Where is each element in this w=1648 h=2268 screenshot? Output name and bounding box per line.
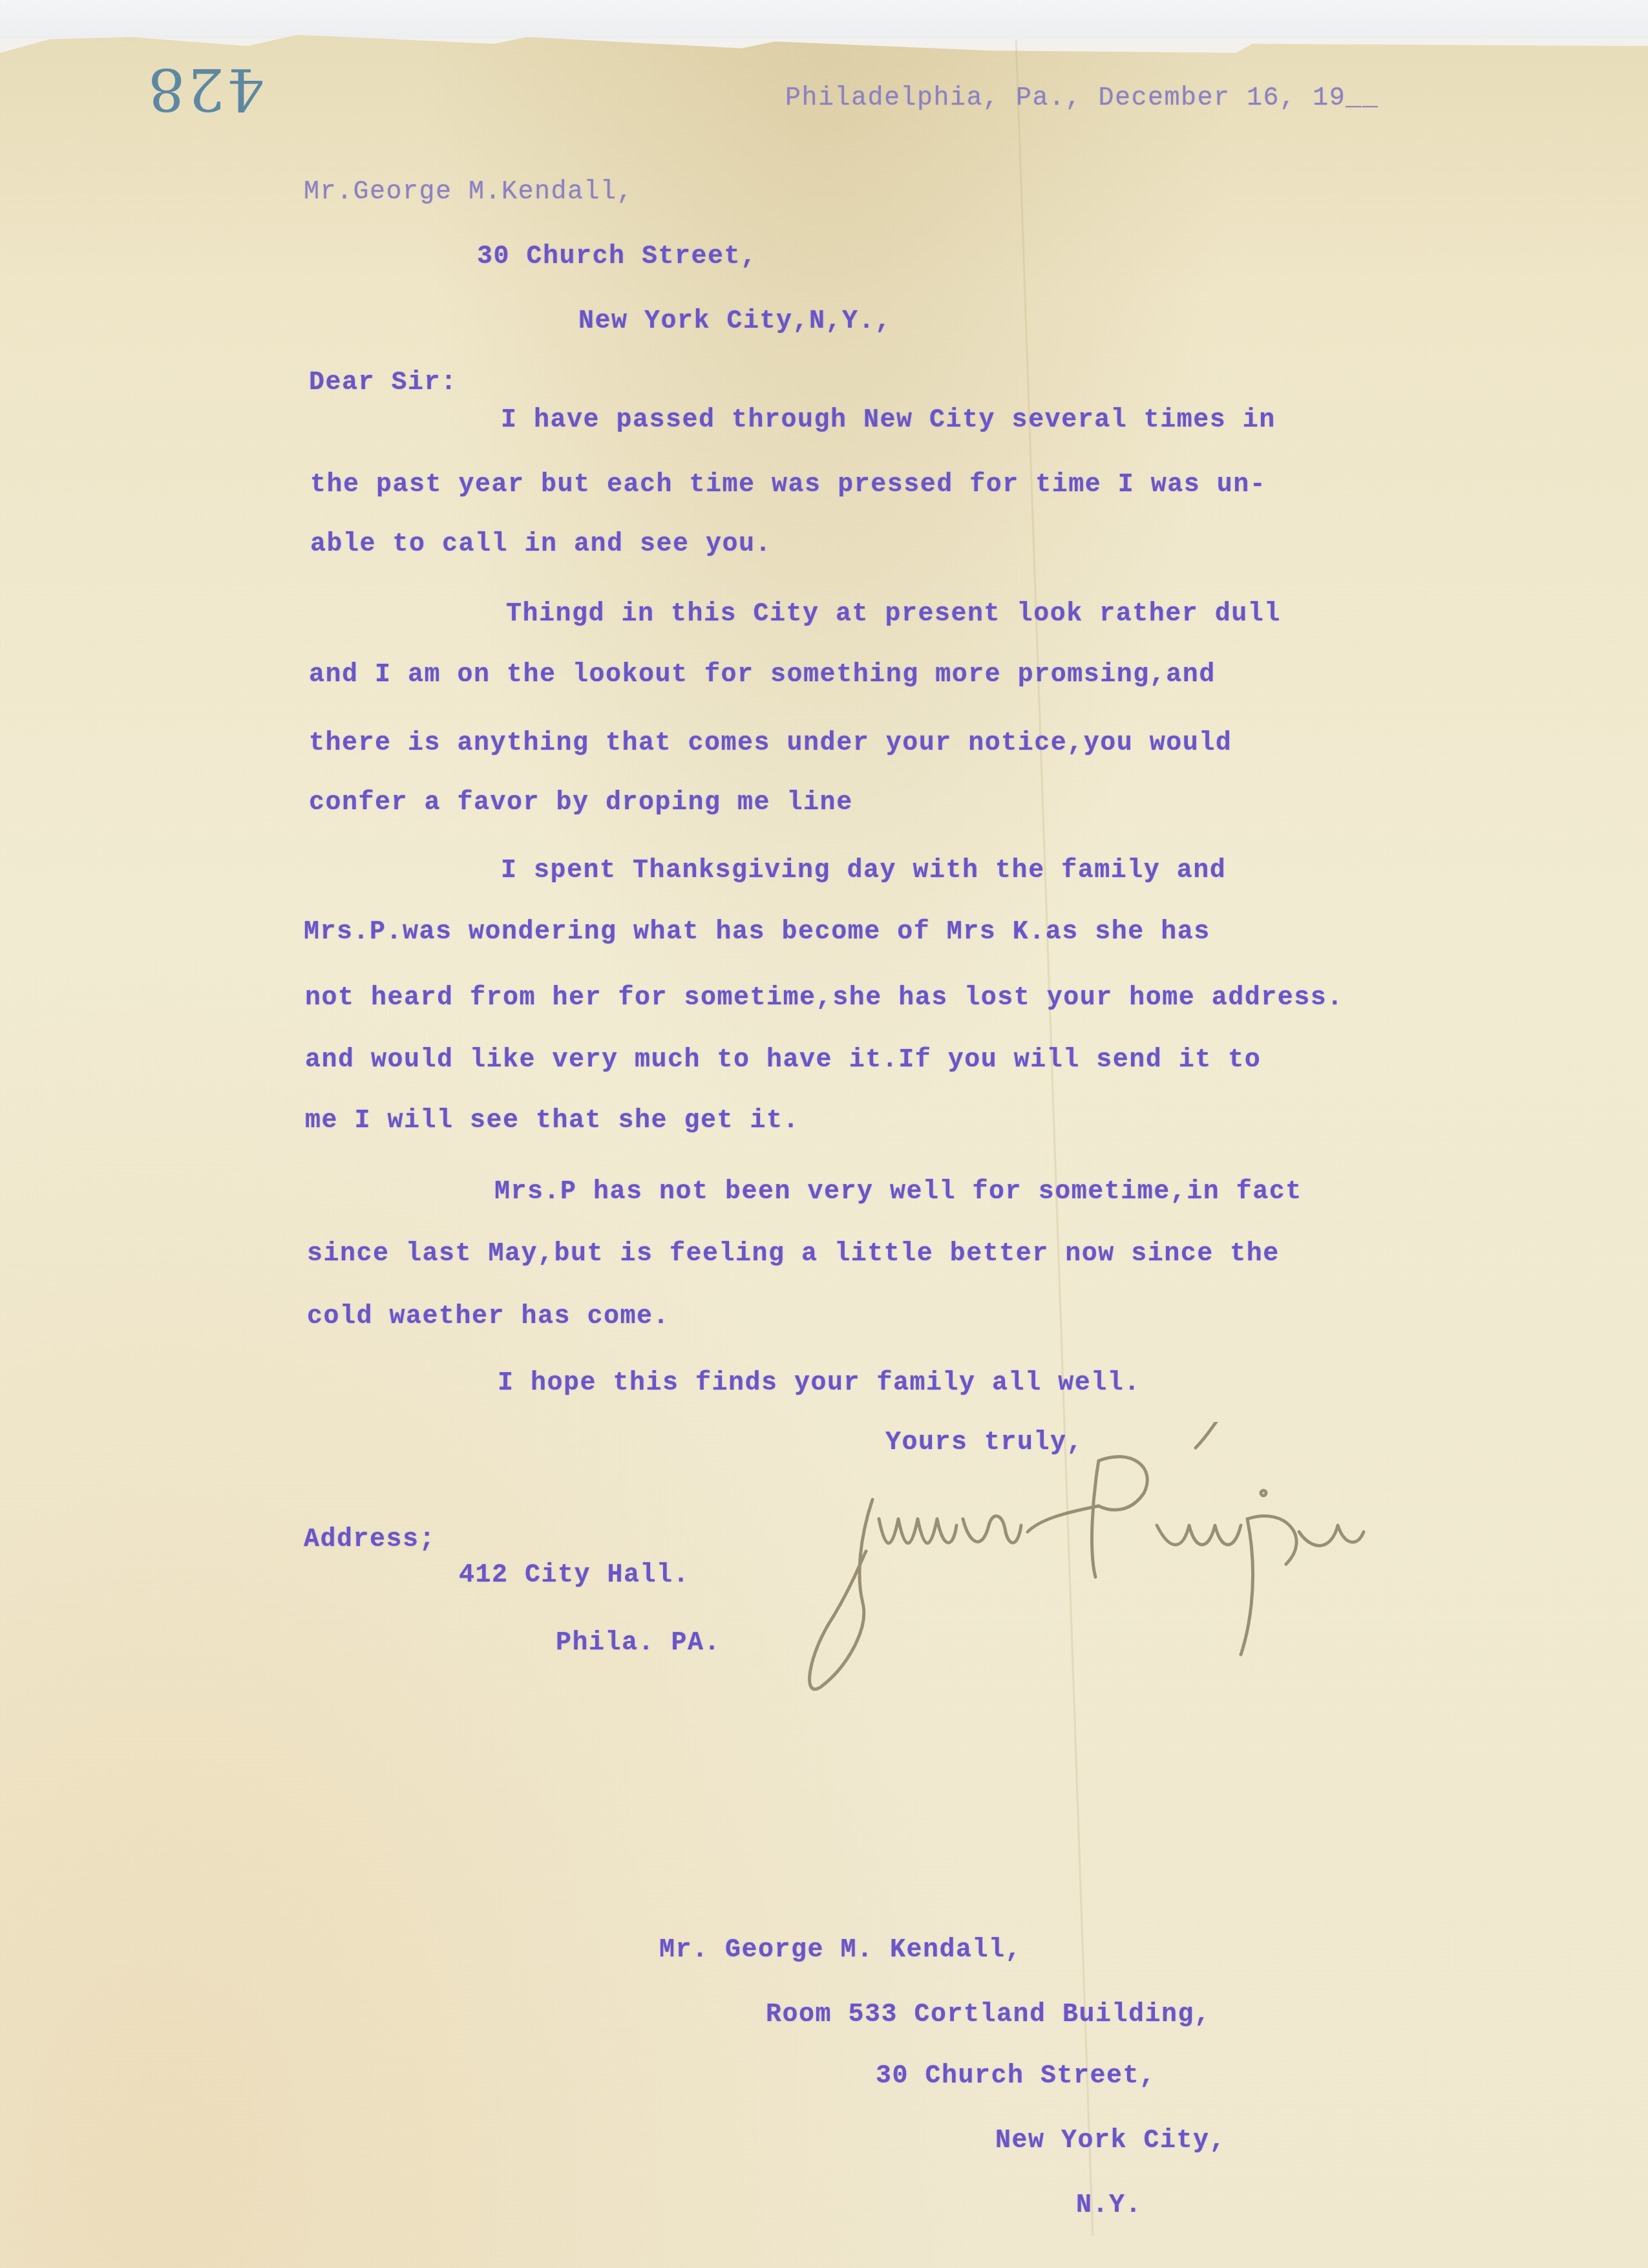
body-line: the past year but each time was pressed … (310, 471, 1266, 500)
dateline: Philadelphia, Pa., December 16, 19__ (785, 84, 1379, 113)
salutation: Dear Sir: (309, 368, 458, 397)
envelope-address-line-4: New York City, (995, 2126, 1226, 2156)
body-line: and would like very much to have it.If y… (305, 1046, 1261, 1075)
envelope-address-line-2: Room 533 Cortland Building, (766, 2000, 1211, 2030)
envelope-address-line-3: 30 Church Street, (876, 2062, 1156, 2091)
body-line: Mrs.P.was wondering what has become of M… (304, 918, 1210, 947)
envelope-address-line-5: N.Y. (1076, 2191, 1142, 2220)
body-line: Thingd in this City at present look rath… (506, 600, 1281, 629)
sender-address-label: Address; (304, 1525, 436, 1554)
sender-address-line-1: 412 City Hall. (459, 1561, 690, 1590)
inside-address-line-2: 30 Church Street, (477, 242, 757, 271)
handwritten-signature (795, 1422, 1474, 1693)
body-line: Mrs.P has not been very well for sometim… (494, 1178, 1302, 1207)
body-line: since last May,but is feeling a little b… (307, 1240, 1280, 1269)
body-line: and I am on the lookout for something mo… (309, 661, 1216, 690)
archive-stamp-number: 428 (145, 55, 264, 123)
body-line: I hope this finds your family all well. (498, 1369, 1141, 1398)
sender-address-line-2: Phila. PA. (556, 1629, 721, 1658)
body-line: confer a favor by droping me line (309, 789, 853, 818)
body-line: I spent Thanksgiving day with the family… (501, 856, 1226, 885)
inside-address-line-1: Mr.George M.Kendall, (304, 178, 633, 207)
envelope-address-line-1: Mr. George M. Kendall, (659, 1936, 1022, 1965)
scanner-background (0, 0, 1648, 39)
body-line: not heard from her for sometime,she has … (305, 984, 1344, 1013)
body-line: able to call in and see you. (310, 530, 772, 559)
body-line: I have passed through New City several t… (501, 406, 1276, 435)
body-line: cold waether has come. (307, 1302, 670, 1331)
body-line: there is anything that comes under your … (309, 729, 1232, 758)
body-line: me I will see that she get it. (305, 1107, 799, 1136)
letter-page (0, 26, 1648, 2268)
inside-address-line-3: New York City,N,Y., (578, 307, 892, 336)
